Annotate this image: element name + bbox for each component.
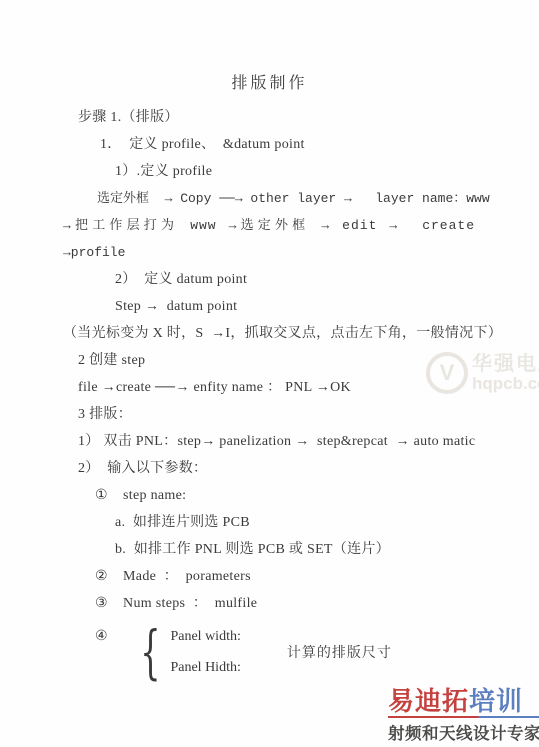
text-line: 步骤 1.（排版） xyxy=(78,104,539,131)
item-number: ④ xyxy=(95,623,108,650)
text-line: 2） 定义 datum point xyxy=(115,266,539,293)
text-line: Step → datum point xyxy=(115,293,539,320)
text-line: 1）.定义 profile xyxy=(115,158,539,185)
yiditop-logo-text: 易迪拓培训 xyxy=(388,687,539,715)
text-line: 2） 输入以下参数： xyxy=(78,455,539,482)
page-title: 排版制作 xyxy=(63,70,476,93)
text-line: b. 如排工作 PNL 则选 PCB 或 SET（连片） xyxy=(115,536,539,563)
document-body: 排版制作 步骤 1.（排版）1． 定义 profile、 &datum poin… xyxy=(0,0,539,681)
yiditop-logo-rule xyxy=(388,716,539,718)
left-brace-icon: { xyxy=(140,623,160,681)
hqpcb-brand: 华强电路 xyxy=(472,354,539,375)
yiditop-logo: 易迪拓培训 射频和天线设计专家 xyxy=(388,687,539,744)
text-line: →profile xyxy=(63,239,539,266)
text-line: ③ Num steps ： mulfile xyxy=(95,590,539,617)
panel-width-label: Panel width: xyxy=(170,626,240,648)
text-line: 1． 定义 profile、 &datum point xyxy=(100,131,539,158)
ydt-logo-blue: 培训 xyxy=(469,686,523,716)
hqpcb-logo-icon: V xyxy=(426,352,468,394)
ydt-logo-red: 易迪拓 xyxy=(388,686,469,716)
panel-hidth-label: Panel Hidth: xyxy=(170,657,240,679)
text-line: →把工作层打为 www →选定外框 → edit → create xyxy=(63,212,475,239)
hqpcb-site: hqpcb.com xyxy=(472,375,539,393)
panel-size-group: ④ { Panel width: Panel Hidth: 计算的排版尺寸 xyxy=(95,623,539,681)
panel-size-note: 计算的排版尺寸 xyxy=(287,642,392,662)
hqpcb-watermark-text: 华强电路 hqpcb.com xyxy=(472,354,539,393)
text-line: ① step name: xyxy=(95,482,539,509)
text-line: a. 如排连片则选 PCB xyxy=(115,509,539,536)
panel-size-rows: Panel width: Panel Hidth: xyxy=(170,626,240,679)
hqpcb-watermark: V 华强电路 hqpcb.com xyxy=(426,352,539,394)
text-line: 选定外框 → Copy ──→ other layer → layer name… xyxy=(97,185,539,212)
text-line: 1） 双击 PNL：step→ panelization → step&repc… xyxy=(78,428,539,455)
text-line: ② Made ： porameters xyxy=(95,563,539,590)
text-line: （当光标变为 X 时，S →I，抓取交叉点，点击左下角，一般情况下） xyxy=(63,320,539,347)
yiditop-caption: 射频和天线设计专家 xyxy=(388,720,539,744)
document-page: 排版制作 步骤 1.（排版）1． 定义 profile、 &datum poin… xyxy=(0,0,539,747)
text-line: 3 排版： xyxy=(78,401,539,428)
